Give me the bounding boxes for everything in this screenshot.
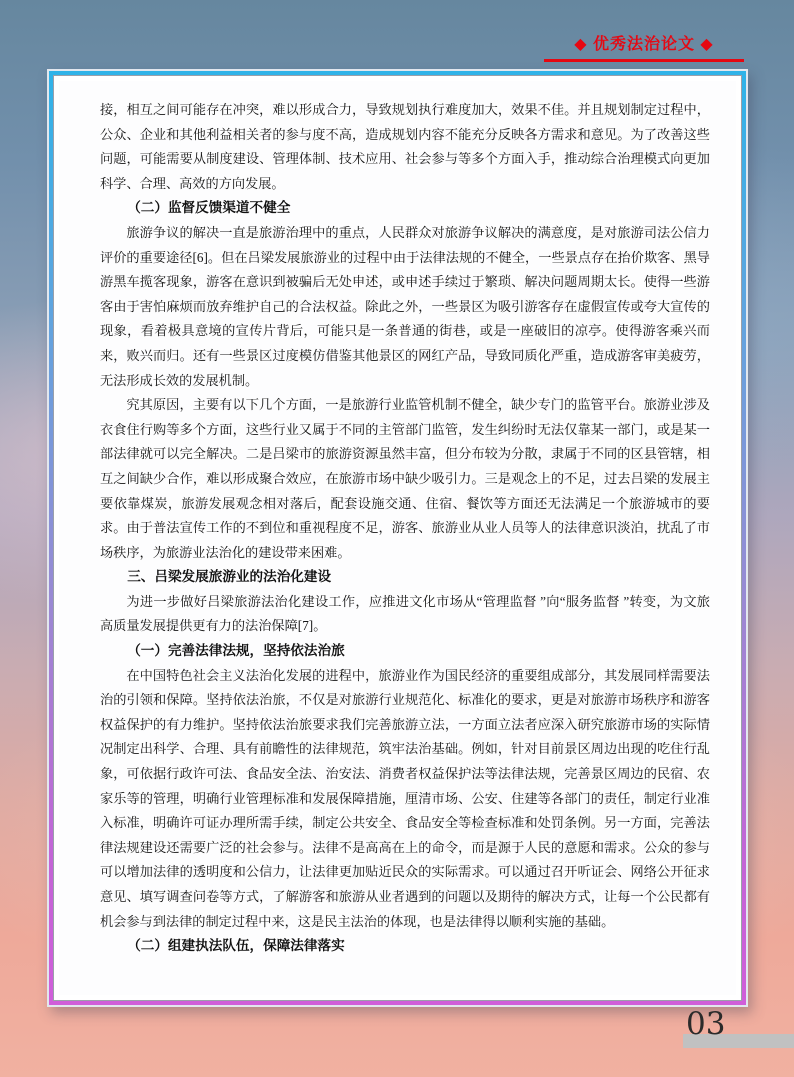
section-heading-rule-of-law-construction: 三、吕梁发展旅游业的法治化建设 — [100, 565, 710, 590]
section-heading-law-enforcement-team: （二）组建执法队伍，保障法律落实 — [100, 934, 710, 959]
paper-page: 接，相互之间可能存在冲突，难以形成合力，导致规划执行难度加大，效果不佳。并且规划… — [53, 75, 742, 1001]
section-heading-improve-laws: （一）完善法律法规，坚持依法治旅 — [100, 639, 710, 664]
header-banner: ◆ 优秀法治论文 ◆ — [544, 31, 744, 62]
paragraph: 为进一步做好吕梁旅游法治化建设工作，应推进文化市场从“管理监督 ”向“服务监督 … — [100, 590, 710, 639]
page-number: 03 — [686, 1006, 725, 1042]
section-heading-supervision-feedback: （二）监督反馈渠道不健全 — [100, 196, 710, 221]
paper-frame: 接，相互之间可能存在冲突，难以形成合力，导致规划执行难度加大，效果不佳。并且规划… — [47, 69, 748, 1007]
paragraph: 在中国特色社会主义法治化发展的进程中，旅游业作为国民经济的重要组成部分，其发展同… — [100, 664, 710, 935]
paragraph: 旅游争议的解决一直是旅游治理中的重点，人民群众对旅游争议解决的满意度，是对旅游司… — [100, 221, 710, 393]
paragraph: 究其原因，主要有以下几个方面，一是旅游行业监管机制不健全，缺少专门的监管平台。旅… — [100, 393, 710, 565]
article-body: 接，相互之间可能存在冲突，难以形成合力，导致规划执行难度加大，效果不佳。并且规划… — [100, 98, 710, 959]
paragraph-continued: 接，相互之间可能存在冲突，难以形成合力，导致规划执行难度加大，效果不佳。并且规划… — [100, 98, 710, 196]
